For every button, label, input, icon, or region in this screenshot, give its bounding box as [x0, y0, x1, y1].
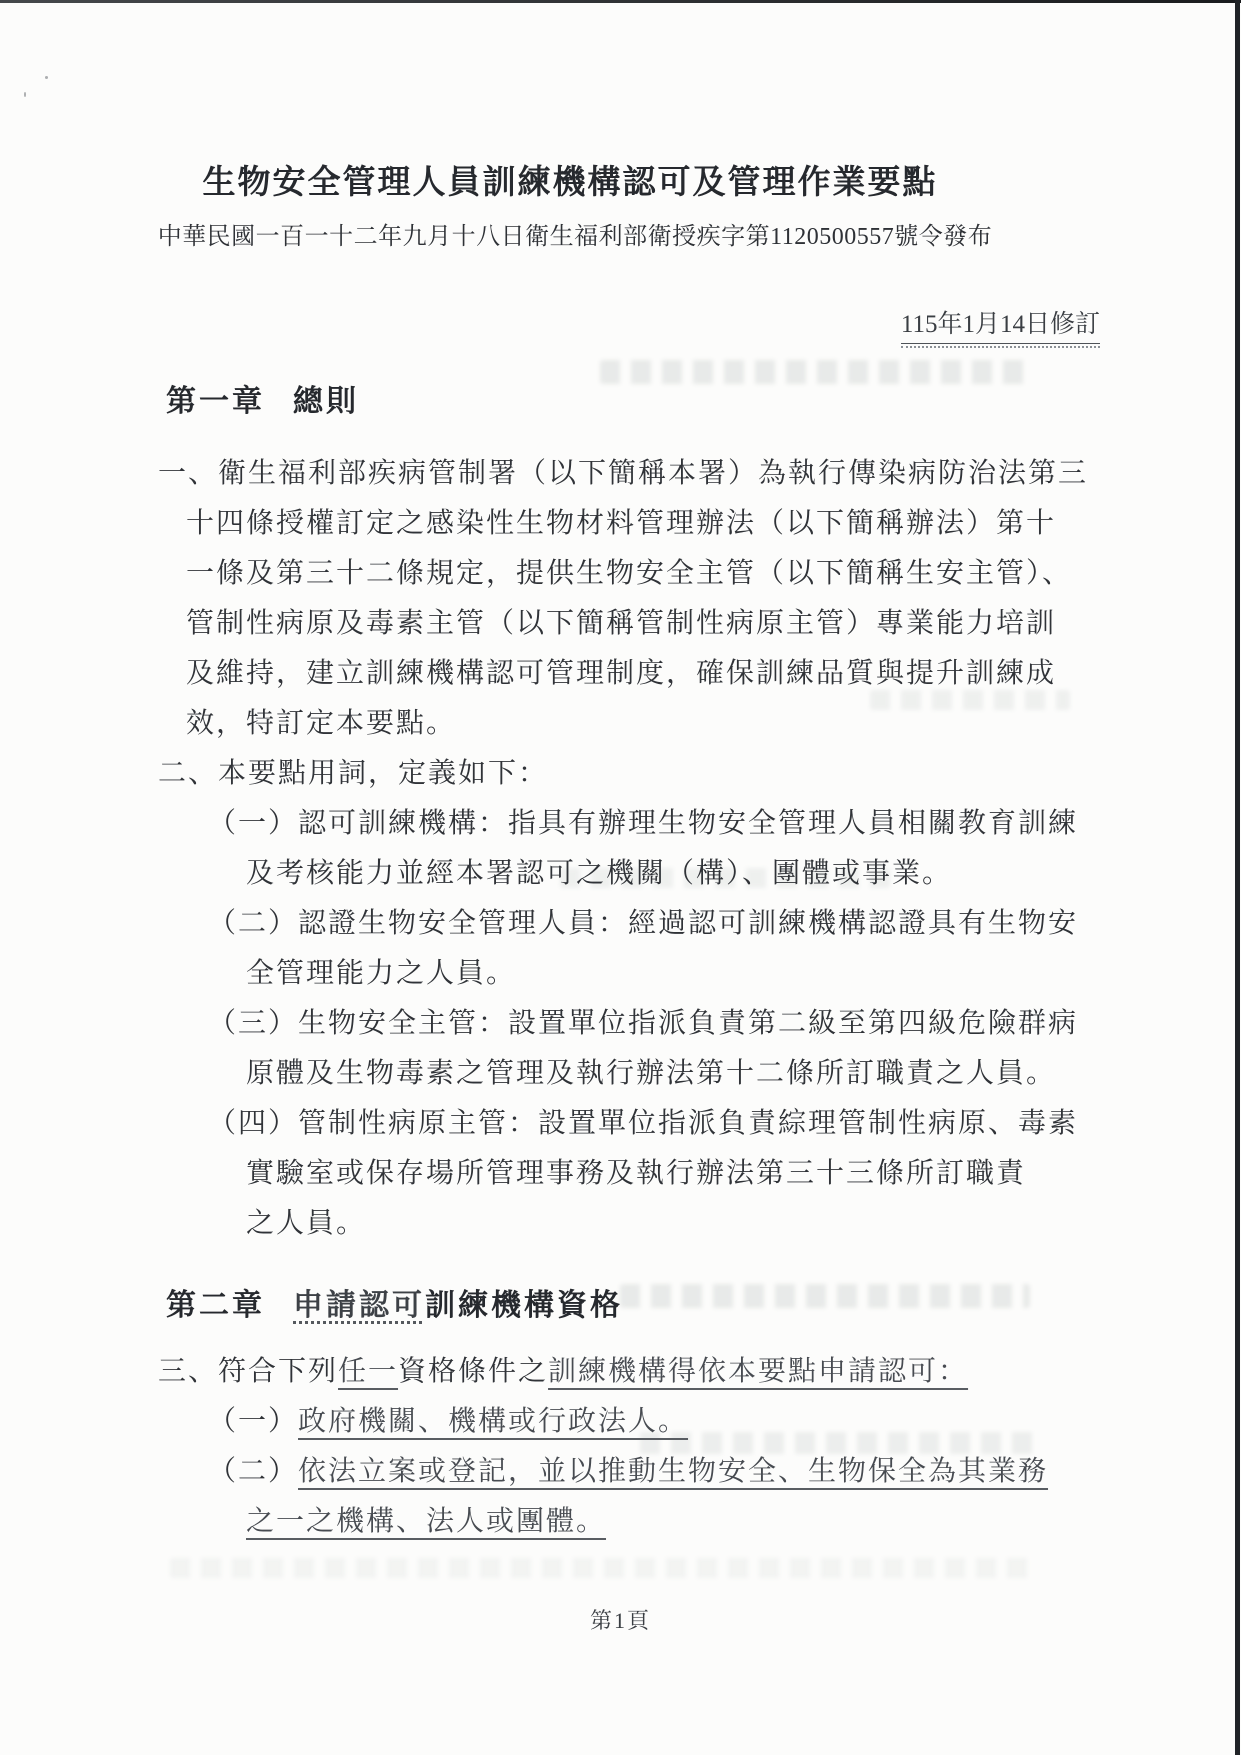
chapter2-inserted-text: 申請認可: [293, 1289, 425, 1322]
scan-speck: [24, 92, 26, 97]
point3-inserted-text: 訓練機構得依本要點申請認可：: [548, 1356, 968, 1387]
point2-sub4-line: （四）管制性病原主管：設置單位指派負責綜理管制性病原、毒素: [0, 1099, 1241, 1149]
point3-inserted-text: 任一: [338, 1356, 398, 1387]
point2-sub4-line: 實驗室或保存場所管理事務及執行辦法第三十三條所訂職責: [0, 1149, 1241, 1199]
point2-sub2-line: （二）認證生物安全管理人員：經過認可訓練機構認證具有生物安: [0, 899, 1241, 949]
page-number: 第1頁: [0, 1604, 1241, 1635]
chapter1-heading: 第一章總則: [166, 376, 359, 420]
chapter1-title: 總則: [293, 385, 359, 418]
chapter1-label: 第一章: [166, 385, 265, 418]
point1-line: 管制性病原及毒素主管（以下簡稱管制性病原主管）專業能力培訓: [0, 599, 1241, 649]
scan-edge-top: [0, 0, 1241, 3]
point1-line: 一、衛生福利部疾病管制署（以下簡稱本署）為執行傳染病防治法第三: [0, 449, 1241, 499]
revision-note: 115年1月14日修訂: [901, 304, 1100, 348]
point3-sub2-line: 之一之機構、法人或團體。: [0, 1497, 1241, 1547]
point2-intro: 二、本要點用詞，定義如下：: [0, 749, 1241, 799]
point2-sub1-line: 及考核能力並經本署認可之機關（構）、團體或事業。: [0, 849, 1241, 899]
point3-sub1-marker: （一）: [208, 1406, 298, 1437]
point1-line: 十四條授權訂定之感染性生物材料管理辦法（以下簡稱辦法）第十: [0, 499, 1241, 549]
body-section-2: 三、符合下列任一資格條件之訓練機構得依本要點申請認可： （一）政府機關、機構或行…: [0, 1347, 1241, 1547]
point2-sub4-line: 之人員。: [0, 1199, 1241, 1249]
point3-sub1-inserted-text: 政府機關、機構或行政法人。: [298, 1406, 688, 1437]
point2-sub3-line: 原體及生物毒素之管理及執行辦法第十二條所訂職責之人員。: [0, 1049, 1241, 1099]
point3-text: 三、符合下列: [158, 1356, 338, 1387]
point2-sub2-line: 全管理能力之人員。: [0, 949, 1241, 999]
point3-sub2-line: （二）依法立案或登記，並以推動生物安全、生物保全為其業務: [0, 1447, 1241, 1497]
revision-note-text: 115年1月14日修訂: [901, 304, 1100, 344]
point3-sub1-line: （一）政府機關、機構或行政法人。: [0, 1397, 1241, 1447]
body-section-1: 一、衛生福利部疾病管制署（以下簡稱本署）為執行傳染病防治法第三 十四條授權訂定之…: [0, 449, 1241, 1249]
point1-line: 效，特訂定本要點。: [0, 699, 1241, 749]
point1-line: 及維持，建立訓練機構認可管理制度，確保訓練品質與提升訓練成: [0, 649, 1241, 699]
point3-sub2-inserted-text: 之一之機構、法人或團體。: [246, 1506, 606, 1537]
bleed-through-smudge: [600, 360, 1030, 384]
point2-sub3-line: （三）生物安全主管：設置單位指派負責第二級至第四級危險群病: [0, 999, 1241, 1049]
chapter2-label: 第二章: [166, 1289, 265, 1322]
point3-sub2-inserted-text: 依法立案或登記，並以推動生物安全、生物保全為其業務: [298, 1456, 1048, 1487]
point2-sub1-line: （一）認可訓練機構：指具有辦理生物安全管理人員相關教育訓練: [0, 799, 1241, 849]
chapter2-heading: 第二章申請認可訓練機構資格: [166, 1280, 623, 1324]
scanned-document-page: 生物安全管理人員訓練機構認可及管理作業要點 中華民國一百一十二年九月十八日衛生福…: [0, 0, 1241, 1755]
scan-speck: [45, 76, 48, 79]
chapter2-title: 訓練機構資格: [425, 1289, 623, 1322]
bleed-through-smudge: [170, 1558, 1030, 1578]
point3-text: 資格條件之: [398, 1356, 548, 1387]
issuance-line: 中華民國一百一十二年九月十八日衛生福利部衛授疾字第1120500557號令發布: [0, 216, 1150, 251]
point1-line: 一條及第三十二條規定，提供生物安全主管（以下簡稱生安主管）、: [0, 549, 1241, 599]
bleed-through-smudge: [620, 1284, 1030, 1308]
point3-sub2-marker: （二）: [208, 1456, 298, 1487]
document-title: 生物安全管理人員訓練機構認可及管理作業要點: [0, 156, 1140, 203]
point3-line: 三、符合下列任一資格條件之訓練機構得依本要點申請認可：: [0, 1347, 1241, 1397]
